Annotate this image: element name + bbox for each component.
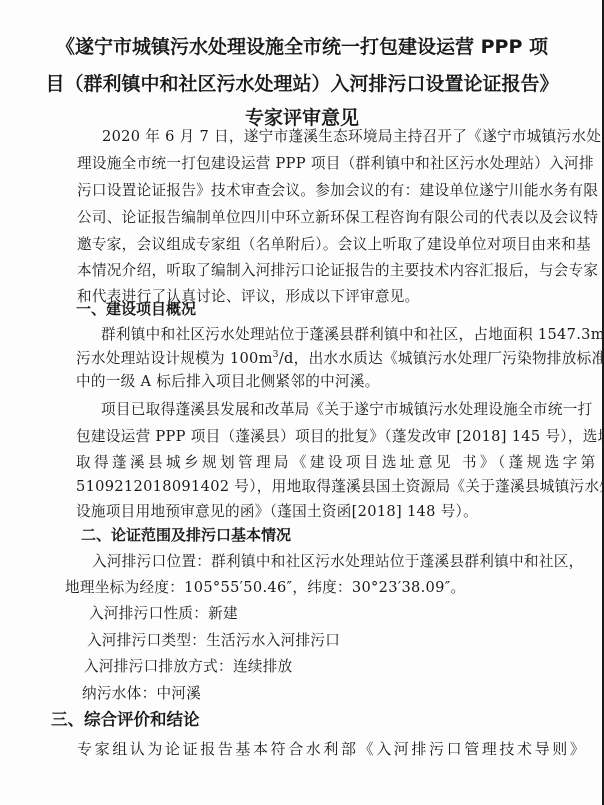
outfall-discharge-mode: 入河排污口排放方式：连续排放	[84, 657, 293, 677]
para-text: /d，出水水质达《城镇污水处理厂污染物排放标准》	[279, 350, 604, 367]
intro-line: 理设施全市统一打包建设运营 PPP 项目（群利镇中和社区污水处理站）入河排	[77, 154, 594, 174]
para-text: 污水处理站设计规模为 100m	[76, 350, 273, 367]
section2-location-line: 入河排污口位置：群利镇中和社区污水处理站位于蓬溪县群利镇中和社区，	[92, 552, 584, 572]
section1-para1-line: 群利镇中和社区污水处理站位于蓬溪县群利镇中和社区，占地面积 1547.3m2，	[101, 325, 604, 345]
outfall-type: 入河排污口类型：生活污水入河排污口	[87, 631, 340, 651]
intro-line: 邀专家，会议组成专家组（名单附后）。会议上听取了建设单位对项目由来和基	[77, 235, 591, 255]
section3-line: 专家组认为论证报告基本符合水利部《入河排污口管理技术导则》	[77, 739, 587, 759]
section2-location-line: 地理坐标为经度：105°55′50.46″，纬度：30°23′38.09″。	[65, 578, 465, 598]
section-heading-2: 二、论证范围及排污口基本情况	[81, 525, 291, 545]
section1-para2-line: 取得蓬溪县城乡规划管理局《建设项目选址意见 书》（蓬规选字第	[76, 453, 599, 473]
outfall-nature: 入河排污口性质：新建	[89, 604, 238, 624]
section1-para2-line: 包建设运营 PPP 项目（蓬溪县）项目的批复》（蓬发改审 [2018] 145 …	[76, 427, 604, 447]
section-heading-1: 一、建设项目概况	[76, 299, 196, 319]
intro-line: 公司、论证报告编制单位四川中环立新环保工程咨询有限公司的代表以及会议特	[77, 208, 598, 228]
para-text: 群利镇中和社区污水处理站位于蓬溪县群利镇中和社区，占地面积 1547.3m	[101, 326, 604, 343]
section1-para2-line: 5109212018091402 号），用地取得蓬溪县国土资源局《关于蓬溪县城镇…	[76, 477, 604, 497]
doc-title-line-1: 《遂宁市城镇污水处理设施全市统一打包建设运营 PPP 项	[0, 35, 604, 59]
section1-para2-line: 项目已取得蓬溪县发展和改革局《关于遂宁市城镇污水处理设施全市统一打	[101, 400, 593, 420]
section-heading-3: 三、综合评价和结论	[51, 710, 200, 730]
doc-title-line-2: 目（群利镇中和社区污水处理站）入河排污口设置论证报告》	[0, 72, 604, 96]
intro-line: 污口设置论证报告》技术审查会议。参加会议的有：建设单位遂宁川能水务有限	[77, 181, 598, 201]
intro-line: 本情况介绍，听取了编制入河排污口论证报告的主要技术内容汇报后，与会专家	[77, 261, 598, 281]
receiving-water: 纳污水体：中河溪	[82, 684, 201, 704]
section1-para1-line: 污水处理站设计规模为 100m3/d，出水水质达《城镇污水处理厂污染物排放标准》	[76, 349, 604, 369]
section1-para1-line: 中的一级 A 标后排入项目北侧紧邻的中河溪。	[76, 372, 380, 392]
section1-para2-line: 设施项目用地预审意见的函》（蓬国土资函[2018] 148 号）。	[76, 502, 478, 522]
intro-line: 2020 年 6 月 7 日，遂宁市蓬溪生态环境局主持召开了《遂宁市城镇污水处	[102, 127, 601, 147]
